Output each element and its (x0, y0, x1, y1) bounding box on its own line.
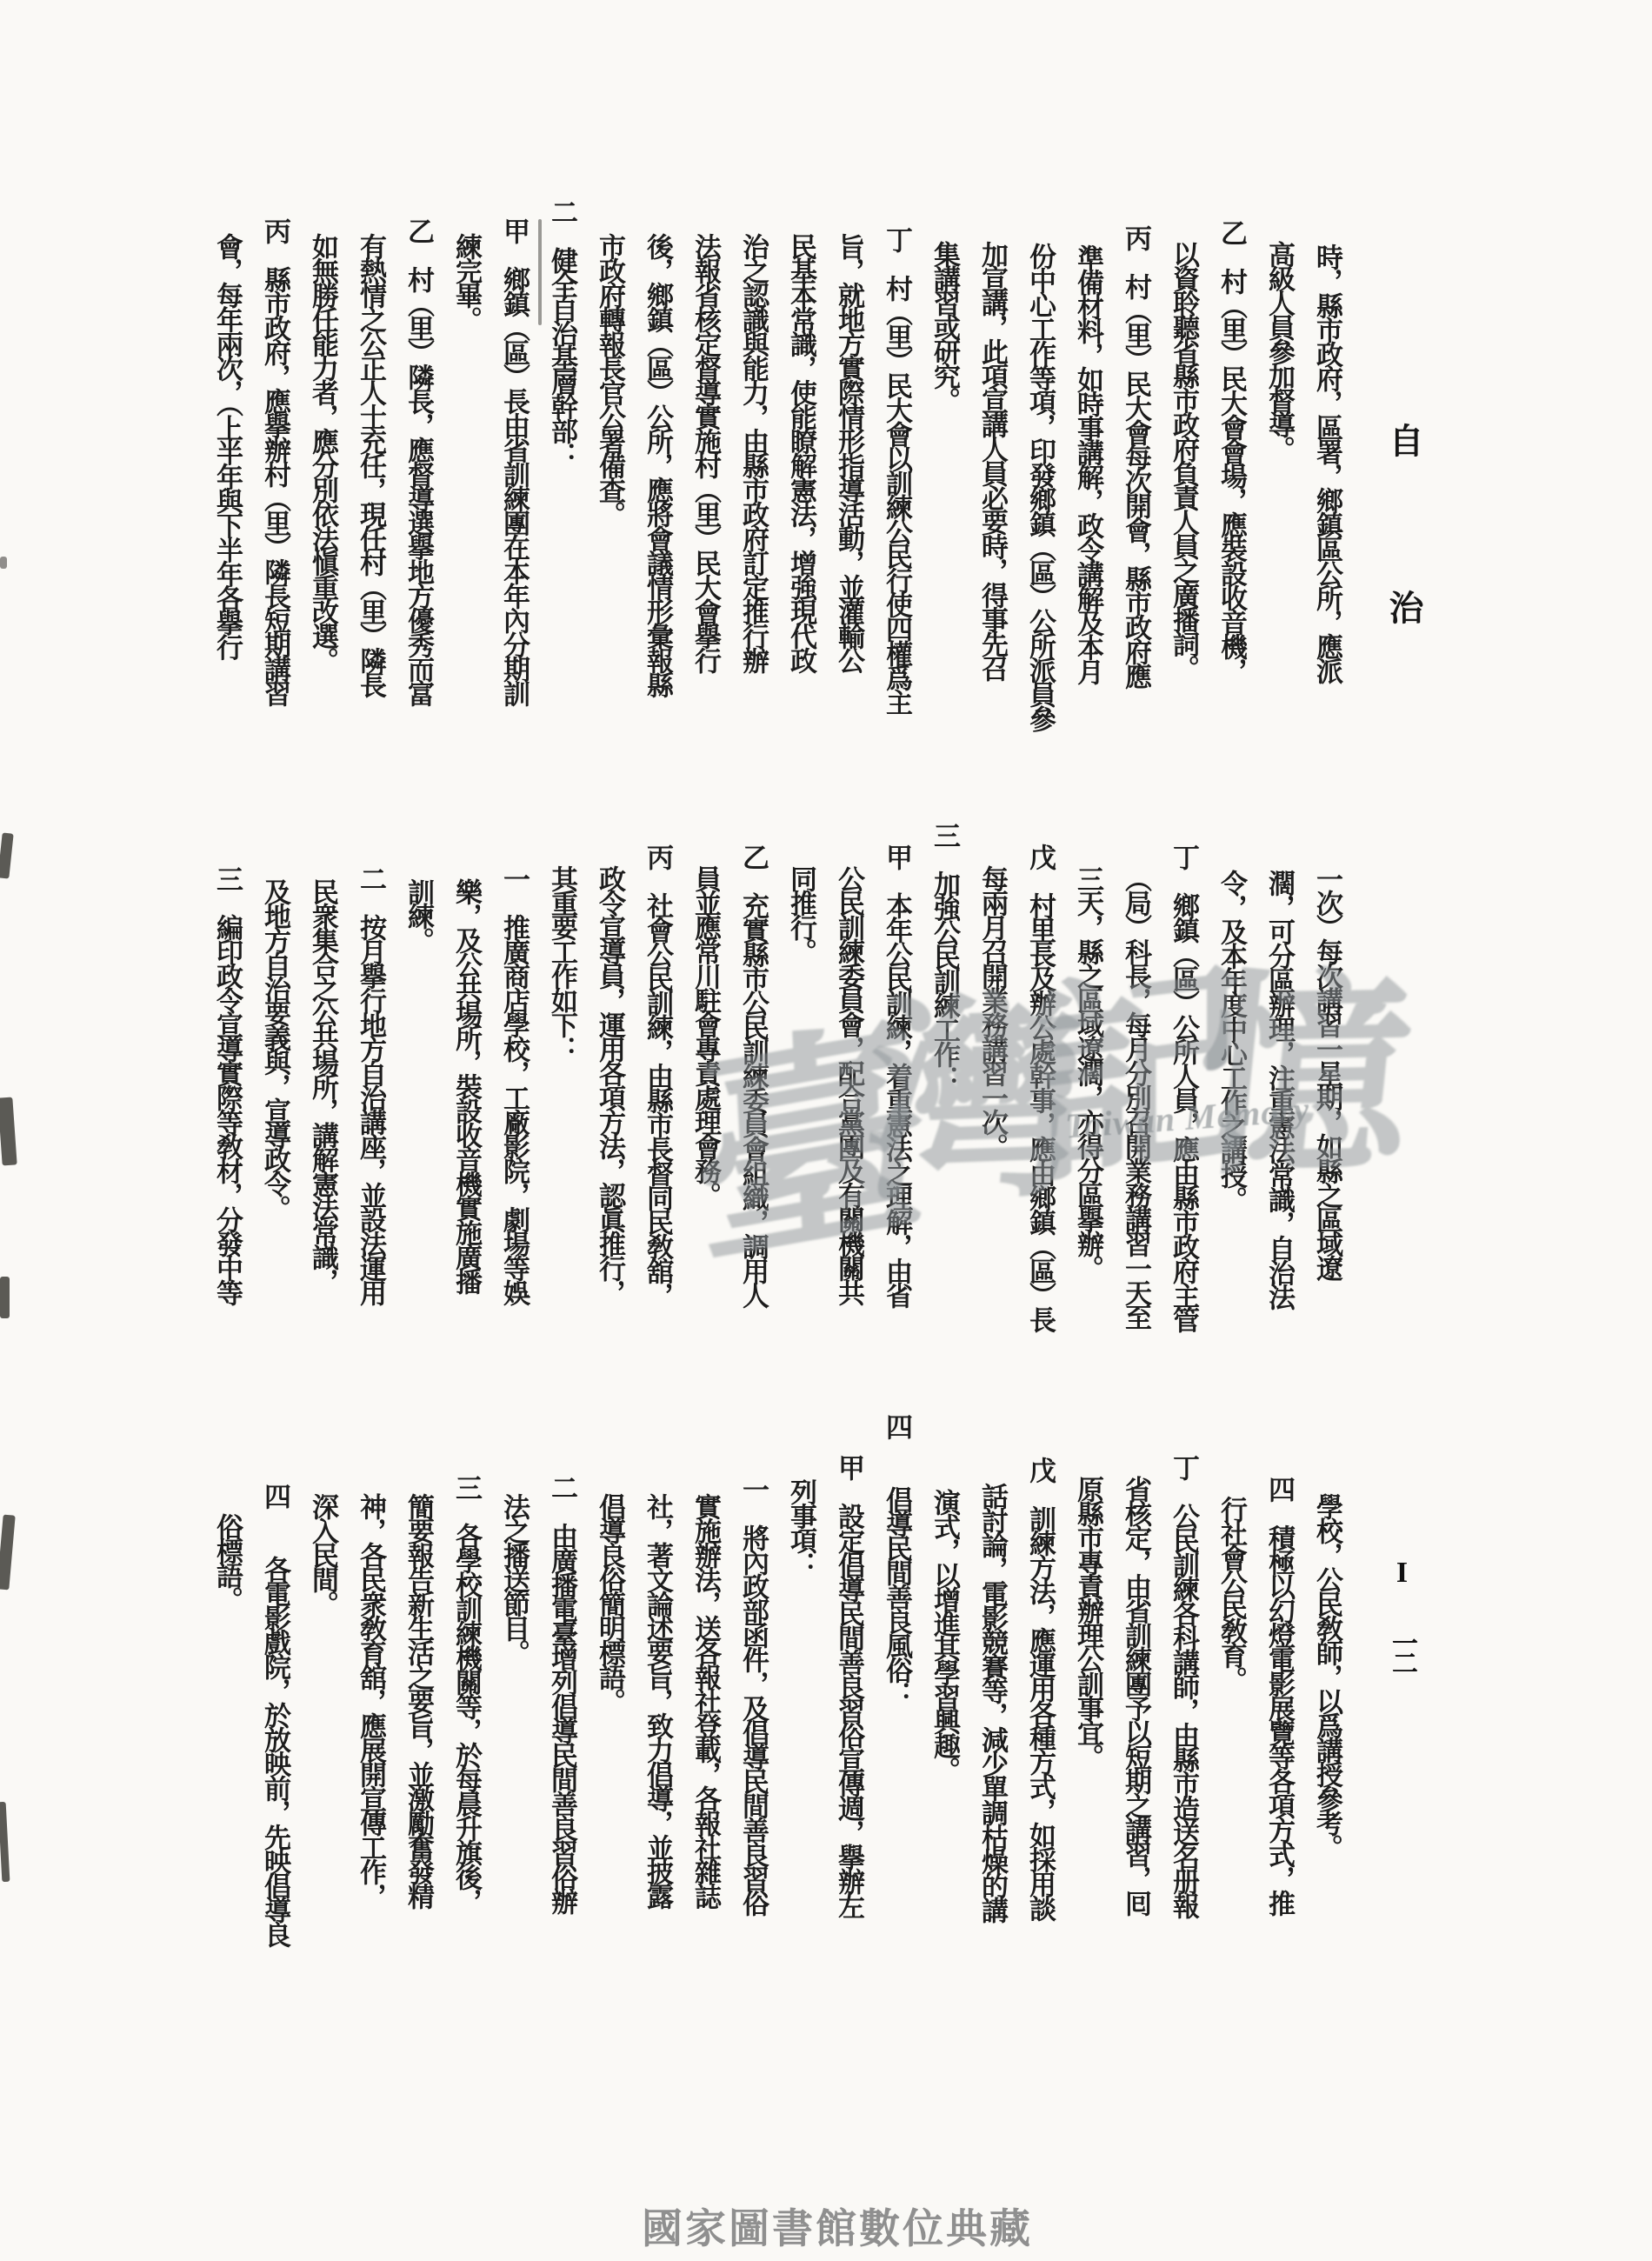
text-column: 列事項： (776, 1478, 824, 1576)
page-number-label: 一二 (1387, 1630, 1417, 1670)
text-column: 會，每年兩次，（上半年與下半年各擧行 (203, 233, 250, 658)
text-column: 乙 村（里）民大會會場，應裝設收音機， (1207, 219, 1255, 682)
page-title: 自治 (1379, 423, 1429, 757)
scan-artifact (0, 1515, 16, 1591)
text-column: 丙 社會公民訓練，由縣市長督同民敎舘， (633, 844, 681, 1306)
text-column: 公民訓練委員會，配合黨團及有關機關共 (824, 865, 872, 1304)
text-column: 三 編印政令宣導實際等敎材，分發中等 (203, 865, 250, 1304)
text-column: （局）科長，每月分別召開業務講習一天至 (1111, 865, 1159, 1328)
scan-artifact (0, 1802, 10, 1882)
text-column: 加宣講，此項宣講人員必要時，得事先召 (968, 241, 1016, 679)
text-column: 高級人員參加督導。 (1255, 241, 1302, 460)
text-column: 丁 公民訓練各科講師，由縣市造送名册報 (1159, 1454, 1207, 1917)
text-column: 政令宣導員，運用各項方法，認眞推行， (585, 865, 633, 1304)
page-number-volume: I (1386, 1557, 1418, 1589)
text-column: 二 按月擧行地方自治講座，並設法運用 (346, 865, 394, 1304)
text-column: 以資聆聽省縣市政府負責人員之廣播詞。 (1159, 241, 1207, 679)
text-column: 三天，縣之區域遼濶，亦得分區擧辦。 (1063, 865, 1111, 1279)
text-column: 神，各民衆敎育舘，應展開宣傳工作， (346, 1493, 394, 1907)
document-page: 自治 I 一二 時，縣市政府，區署，鄉鎮區公所，應派高級人員參加督導。乙 村（里… (0, 0, 1652, 2261)
scan-artifact (0, 1097, 17, 1166)
text-column: 後，鄉鎮（區）公所，應將會議情形彙報縣 (633, 233, 681, 696)
text-column: 丙 縣市政府，應擧辦村（里）隣長短期講習 (250, 217, 298, 704)
text-column: 員並應常川駐會專責處理會務。 (681, 865, 729, 1206)
text-column: 三 加強公民訓練工作： (920, 822, 968, 1090)
text-column: 練完畢。 (442, 233, 490, 330)
text-column: 三 各學校訓練機關等，於每晨升旗後， (442, 1474, 490, 1912)
text-column: 訓練。 (394, 878, 442, 951)
text-column: 份中心工作等項，印發鄉鎮（區）公所派員參 (1016, 243, 1063, 730)
scan-artifact (538, 219, 542, 325)
text-column: 治之認識與能力，由縣市政府訂定推行辦 (729, 233, 776, 671)
text-column: 戊 訓練方法，應運用各種方式，如採用談 (1016, 1457, 1063, 1919)
text-column: 簡要報告新生活之要旨，並激勵奮發精 (394, 1493, 442, 1907)
text-column: 一 將內政部函件，及倡導民間善良習俗 (729, 1476, 776, 1914)
scan-artifact (0, 832, 14, 878)
text-column: 甲 本年公民訓練，着重憲法之理解，由省 (872, 844, 920, 1306)
text-column: 濶，可分區辦理，注重憲法常識，自治法 (1255, 870, 1302, 1308)
text-column: 四 積極以幻燈電影展覽等各項方式，推 (1255, 1476, 1302, 1914)
text-column: 乙 充實縣市公民訓練委員會組織，調用人 (729, 844, 776, 1306)
text-column: 令，及本年度中心工作之講授。 (1207, 870, 1255, 1211)
text-column: 丁 鄉鎮（區）公所人員，應由縣市政府主管 (1159, 844, 1207, 1331)
text-column: 市政府轉報長官公署備查。 (585, 233, 633, 525)
text-column: 一次）每次講習一星期，如縣之區域遼 (1302, 865, 1350, 1279)
text-column: 原縣市專責辦理公訓事宜。 (1063, 1476, 1111, 1768)
text-column: 民衆集合之公共場所，講解憲法常識， (298, 878, 346, 1292)
text-column: 時，縣市政府，區署，鄉鎮區公所，應派 (1302, 243, 1350, 682)
text-column: 實施辦法，送各報社登載，各報社雜誌 (681, 1493, 729, 1907)
text-column: 如無勝任能力者，應分別依法愼重改選。 (298, 233, 346, 671)
text-column: 四 各電影戲院，於放映前，先映倡導良 (250, 1483, 298, 1945)
text-column: 行社會公民敎育。 (1207, 1496, 1255, 1691)
text-column: 同推行。 (776, 865, 824, 963)
text-column: 四 倡導民間善良風俗： (872, 1413, 920, 1705)
footer-caption: 國家圖書館數位典藏 (642, 2197, 1033, 2255)
text-column: 俗標語。 (203, 1513, 250, 1611)
text-column: 集講習或研究。 (920, 241, 968, 411)
text-column: 旨，就地方實際情形指導活動，並灌輸公 (824, 233, 872, 671)
text-column: 甲 鄉鎮（區）長由省訓練團在本年內分期訓 (490, 217, 537, 704)
text-column: 學校，公民敎師，以爲講授參考。 (1302, 1493, 1350, 1858)
text-column: 演式，以增進其學習興趣。 (920, 1489, 968, 1781)
text-column: 倡導良俗簡明標語。 (585, 1493, 633, 1712)
text-column: 甲 設定倡導民間善良習俗宣傳週，擧辦左 (824, 1454, 872, 1917)
text-column: 話討論，電影競賽等，減少單調枯燥的講 (968, 1483, 1016, 1921)
text-column: 準備材料，如時事講解，政令講解及本月 (1063, 244, 1111, 683)
text-column: 省核定，由省訓練團予以短期之講習，囘 (1111, 1476, 1159, 1914)
text-column: 及地方自治要義與，宣導政令。 (250, 878, 298, 1219)
page-number: I 一二 (1382, 1557, 1421, 1670)
text-column: 丁 村（里）民大會以訓練公民行使四權爲主 (872, 226, 920, 713)
text-column: 每兩月召開業務講習一次。 (968, 865, 1016, 1157)
text-column: 乙 村（里）隣長，應督導選擧地方優秀而富 (394, 217, 442, 704)
text-column: 深入民間。 (298, 1493, 346, 1615)
text-column: 其重要工作如下： (537, 865, 585, 1060)
text-column: 民基本常識，使能瞭解憲法，增強現代政 (776, 233, 824, 671)
text-column: 法之播送節目。 (490, 1493, 537, 1664)
text-column: 一 推廣商店學校，工廠影院，劇場等娛 (490, 865, 537, 1304)
scan-artifact (0, 557, 7, 569)
text-column: 社，著文論述要旨，致力倡導，並披露 (633, 1493, 681, 1907)
text-column: 二 由廣播電臺增列倡導民間善良習俗辦 (537, 1474, 585, 1912)
scan-artifact (0, 1277, 10, 1318)
text-column: 樂，及公共場所，裝設收音機實施廣播 (442, 878, 490, 1292)
text-column: 二 健全自治基層幹部： (537, 198, 585, 466)
text-column: 法報省核定督導實施村（里）民大會擧行 (681, 233, 729, 671)
text-column: 丙 村（里）民大會每次開會，縣市政府應 (1111, 224, 1159, 687)
text-column: 有熱情之公正人士充任，現任村（里）隣長 (346, 233, 394, 696)
text-column: 戊 村里長及辦公處幹事，應由鄉鎮（區）長 (1016, 844, 1063, 1331)
